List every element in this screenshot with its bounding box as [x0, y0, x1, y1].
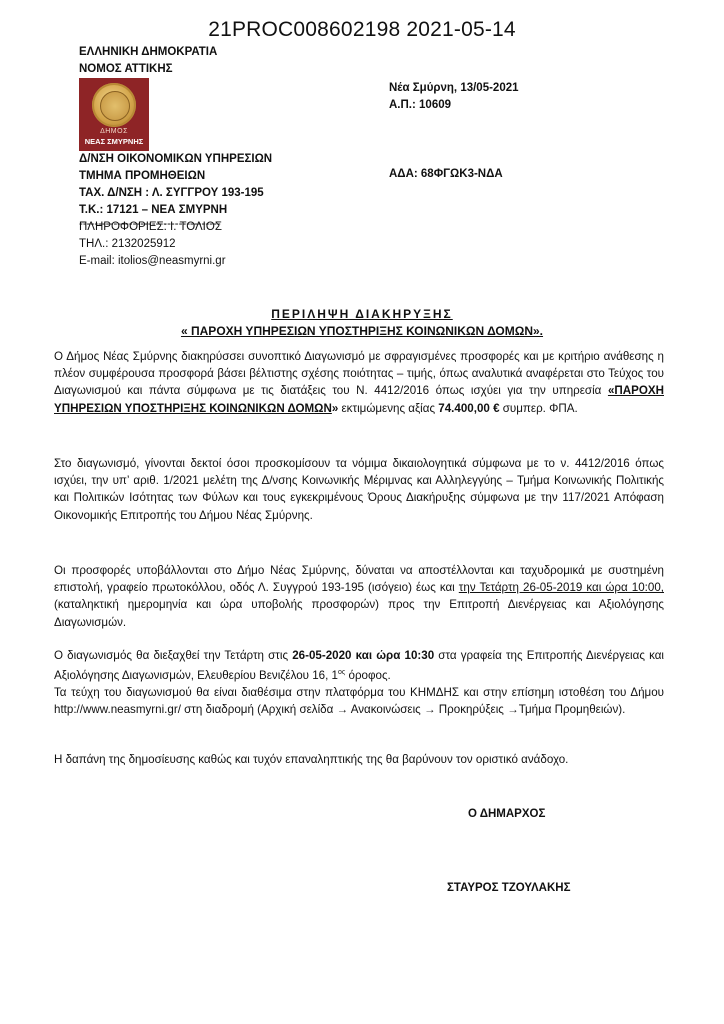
text: εκτιμώμενης αξίας: [338, 402, 438, 415]
place-date: Νέα Σμύρνη, 13/05-2021: [389, 80, 519, 97]
logo-line1: ΔΗΜΟΣ: [79, 128, 149, 135]
department: ΤΜΗΜΑ ΠΡΟΜΗΘΕΙΩΝ: [79, 168, 272, 185]
address: ΤΑΧ. Δ/ΝΣΗ : Λ. ΣΥΓΓΡΟΥ 193-195: [79, 185, 272, 202]
contact-person: ΠΛΗΡΟΦΟΡΙΕΣ: Ι. ΤΟΛΙΟΣ: [79, 219, 226, 236]
municipality-logo: ΔΗΜΟΣ ΝΕΑΣ ΣΜΥΡΝΗΣ: [79, 78, 149, 151]
contact-block: ΠΛΗΡΟΦΟΡΙΕΣ: Ι. ΤΟΛΙΟΣ ΤΗΛ.: 2132025912 …: [79, 219, 226, 270]
estimated-amount: 74.400,00 €: [438, 402, 499, 415]
date-protocol-block: Νέα Σμύρνη, 13/05-2021 Α.Π.: 10609: [389, 80, 519, 114]
email: E-mail: itolios@neasmyrni.gr: [79, 253, 226, 270]
tender-date-time: 26-05-2020 και ώρα 10:30: [292, 649, 434, 662]
country: ΕΛΛΗΝΙΚΗ ΔΗΜΟΚΡΑΤΙΑ: [79, 44, 217, 61]
issuer-header: ΕΛΛΗΝΙΚΗ ΔΗΜΟΚΡΑΤΙΑ ΝΟΜΟΣ ΑΤΤΙΚΗΣ: [79, 44, 217, 78]
text: Ο διαγωνισμός θα διεξαχθεί την Τετάρτη σ…: [54, 649, 292, 662]
text: όροφος.: [345, 669, 391, 682]
submission-deadline: την Τετάρτη 26-05-2019 και ώρα 10:00,: [459, 581, 664, 594]
signatory-role: Ο ΔΗΜΑΡΧΟΣ: [468, 808, 545, 820]
document-subtitle: « ΠΑΡΟΧΗ ΥΠΗΡΕΣΙΩΝ ΥΠΟΣΤΗΡΙΞΗΣ ΚΟΙΝΩΝΙΚΩ…: [0, 324, 724, 338]
phone: ΤΗΛ.: 2132025912: [79, 236, 226, 253]
document-title: ΠΕΡΙΛΗΨΗ ΔΙΑΚΗΡΥΞΗΣ: [0, 307, 724, 321]
text: συμπερ. ΦΠΑ.: [500, 402, 578, 415]
paragraph-publication-cost: Η δαπάνη της δημοσίευσης καθώς και τυχόν…: [54, 751, 664, 768]
paragraph-eligibility: Στο διαγωνισμό, γίνονται δεκτοί όσοι προ…: [54, 455, 664, 524]
signatory-name: ΣΤΑΥΡΟΣ ΤΖΟΥΛΑΚΗΣ: [447, 882, 571, 894]
postal-code: Τ.Κ.: 17121 – ΝΕΑ ΣΜΥΡΝΗ: [79, 202, 272, 219]
text: Ο Δήμος Νέας Σμύρνης διακηρύσσει συνοπτι…: [54, 350, 664, 397]
document-stamp: 21PROC008602198 2021-05-14: [0, 18, 724, 42]
text: (καταληκτική ημερομηνία και ώρα υποβολής…: [54, 598, 664, 628]
paragraph-tender-date: Ο διαγωνισμός θα διεξαχθεί την Τετάρτη σ…: [54, 647, 664, 719]
paragraph-announcement: Ο Δήμος Νέας Σμύρνης διακηρύσσει συνοπτι…: [54, 348, 664, 417]
documents-availability: Τα τεύχη του διαγωνισμού θα είναι διαθέσ…: [54, 686, 664, 716]
protocol-number: Α.Π.: 10609: [389, 97, 519, 114]
paragraph-submission: Οι προσφορές υποβάλλονται στο Δήμο Νέας …: [54, 562, 664, 631]
directorate: Δ/ΝΣΗ ΟΙΚΟΝΟΜΙΚΩΝ ΥΠΗΡΕΣΙΩΝ: [79, 151, 272, 168]
prefecture: ΝΟΜΟΣ ΑΤΤΙΚΗΣ: [79, 61, 217, 78]
logo-line2: ΝΕΑΣ ΣΜΥΡΝΗΣ: [79, 137, 149, 146]
seal-icon: [92, 83, 136, 127]
department-block: Δ/ΝΣΗ ΟΙΚΟΝΟΜΙΚΩΝ ΥΠΗΡΕΣΙΩΝ ΤΜΗΜΑ ΠΡΟΜΗΘ…: [79, 151, 272, 229]
ada-code: ΑΔΑ: 68ΦΓΩΚ3-ΝΔΑ: [389, 166, 503, 183]
